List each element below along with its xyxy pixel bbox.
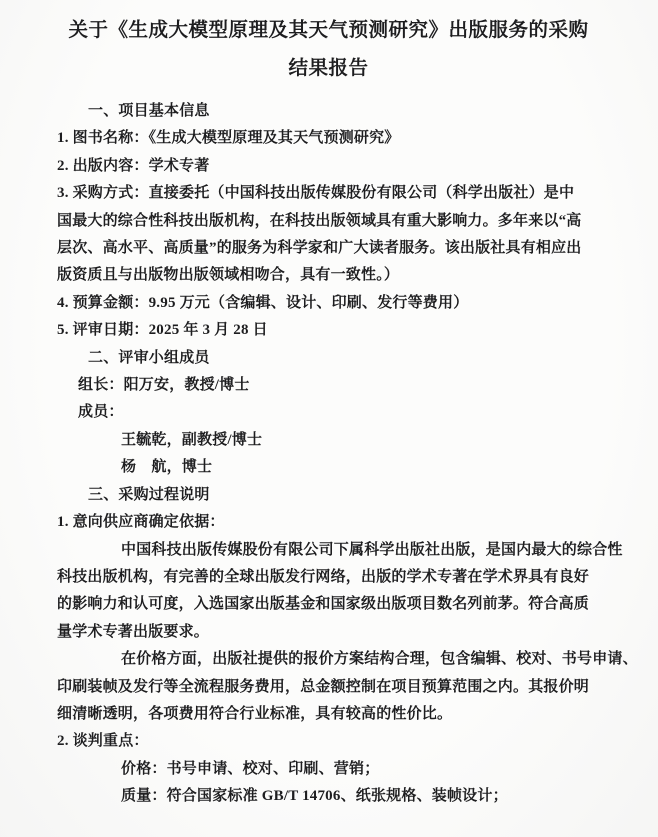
supplier-para-line-2: 科技出版机构，有完善的全球出版发行网络，出版的学术专著在学术界具有良好 [57, 564, 600, 591]
negotiation-price: 价格：书号申请、校对、印刷、营销； [121, 756, 600, 783]
item-supplier-basis: 1. 意向供应商确定依据： [57, 509, 600, 536]
item-procurement-method-line-4: 版资质且与出版物出版领域相吻合，具有一致性。） [57, 262, 600, 289]
document-body: 一、项目基本信息 1. 图书名称：《生成大模型原理及其天气预测研究》 2. 出版… [57, 98, 600, 811]
section2-heading: 二、评审小组成员 [88, 345, 600, 372]
report-title-line-2: 结果报告 [57, 50, 600, 88]
review-group-leader: 组长：阳万安，教授/博士 [78, 372, 600, 399]
price-para-line-2: 印刷装帧及发行等全流程服务费用，总金额控制在项目预算范围之内。其报价明 [57, 674, 600, 701]
review-group-member-2: 杨 航，博士 [121, 454, 600, 481]
supplier-para-line-3: 的影响力和认可度，入选国家出版基金和国家级出版项目数名列前茅。符合高质 [57, 591, 600, 618]
supplier-para-line-1: 中国科技出版传媒股份有限公司下属科学出版社出版，是国内最大的综合性 [121, 537, 600, 564]
section1-heading: 一、项目基本信息 [88, 98, 600, 125]
item-procurement-method-line-3: 层次、高水平、高质量”的服务为科学家和广大读者服务。该出版社具有相应出 [57, 235, 600, 262]
section3-heading: 三、采购过程说明 [88, 482, 600, 509]
price-para-line-1: 在价格方面，出版社提供的报价方案结构合理，包含编辑、校对、书号申请、 [121, 646, 600, 673]
item-procurement-method-line-2: 国最大的综合性科技出版机构，在科技出版领域具有重大影响力。多年来以“高 [57, 208, 600, 235]
supplier-para-line-4: 量学术专著出版要求。 [57, 619, 600, 646]
document-page: 关于《生成大模型原理及其天气预测研究》出版服务的采购 结果报告 一、项目基本信息… [0, 0, 658, 837]
negotiation-quality: 质量：符合国家标准 GB/T 14706、纸张规格、装帧设计； [121, 783, 600, 810]
item-procurement-method-line-1: 3. 采购方式：直接委托（中国科技出版传媒股份有限公司（科学出版社）是中 [57, 180, 600, 207]
item-negotiation-points: 2. 谈判重点： [57, 728, 600, 755]
report-title: 关于《生成大模型原理及其天气预测研究》出版服务的采购 结果报告 [57, 0, 600, 88]
review-group-member-1: 王毓乾，副教授/博士 [121, 427, 600, 454]
item-publish-content: 2. 出版内容：学术专著 [57, 153, 600, 180]
report-title-line-1: 关于《生成大模型原理及其天气预测研究》出版服务的采购 [57, 12, 600, 50]
item-budget: 4. 预算金额：9.95 万元（含编辑、设计、印刷、发行等费用） [57, 290, 600, 317]
price-para-line-3: 细清晰透明，各项费用符合行业标准，具有较高的性价比。 [57, 701, 600, 728]
review-group-members-label: 成员： [78, 399, 600, 426]
item-book-name: 1. 图书名称：《生成大模型原理及其天气预测研究》 [57, 125, 600, 152]
item-review-date: 5. 评审日期：2025 年 3 月 28 日 [57, 317, 600, 344]
